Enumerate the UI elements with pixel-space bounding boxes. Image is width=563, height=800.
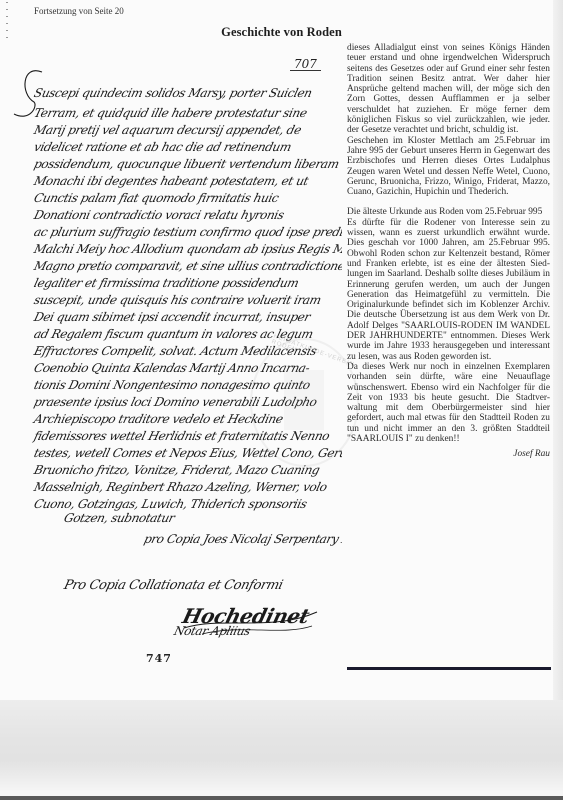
manuscript-line: Terram, et quidquid ille habere protesta… xyxy=(32,106,308,122)
manuscript-line: Marij pretij vel aquarum decursij append… xyxy=(32,123,303,139)
column-end-rule xyxy=(347,667,551,670)
manuscript-line: Masselnigh, Reginbert Rhazo Azeling, Wer… xyxy=(32,480,328,496)
manuscript-line: videlicet ratione et ab hac die ad retin… xyxy=(32,140,293,156)
manuscript-line: suscepit, unde quisquis his contraire vo… xyxy=(32,293,323,309)
manuscript-line: Malchi Meiy hoc Allodium quondam ab ipsi… xyxy=(32,242,342,258)
article-paragraph: dieses Alladialgut einst von seines Köni… xyxy=(347,43,550,136)
scanned-page: Fortsetzung von Seite 20 Geschichte von … xyxy=(0,0,563,701)
manuscript-page-number: 747 xyxy=(146,652,172,665)
article-paragraph: Es dürfte für die Rodener von Interesse … xyxy=(347,218,550,362)
manuscript-line: Gotzen, subnotatur xyxy=(62,511,176,527)
manuscript-line: Bruonicho fritzo, Vonitze, Friderat, Maz… xyxy=(32,463,321,479)
archive-stamp: HEIMATKUNDE-VEREIN RODEN xyxy=(250,338,359,467)
manuscript-line: legaliter et firmissima traditione possi… xyxy=(32,276,300,292)
manuscript-line: pro Copia Joes Nicolaj Serpentary Notari… xyxy=(142,532,342,548)
manuscript-line: Cunctis palam fiat quomodo firmitatis hu… xyxy=(32,191,280,207)
stamp-text: HEIMATKUNDE-VEREIN RODEN xyxy=(271,333,357,374)
manuscript-line: Magno pretio comparavit, et sine ullius … xyxy=(32,259,342,275)
article-paragraph: Geschehen im Kloster Mettlach am 25.Febr… xyxy=(347,136,550,198)
manuscript-line: Pro Copia Collationata et Conformi xyxy=(62,578,284,594)
initial-flourish-icon xyxy=(12,64,52,124)
scanner-edge xyxy=(0,796,563,800)
paper-curl-shadow xyxy=(0,760,563,800)
manuscript-line: Donationi contradictio voraci relatu hyr… xyxy=(32,208,285,224)
manuscript-line: Dei quam sibimet ipsi accendit incurrat,… xyxy=(32,310,312,326)
folio-number: 707 xyxy=(290,58,321,71)
manuscript-line: ac plurium suffragio testium confirmo qu… xyxy=(32,225,342,241)
author-byline: Josef Rau xyxy=(347,449,550,459)
manuscript-line: possidendum, quocunque libuerit vertendu… xyxy=(32,157,341,173)
page-edge xyxy=(553,0,563,700)
stamp-emblem xyxy=(284,370,324,430)
continued-from-label: Fortsetzung von Seite 20 xyxy=(34,6,124,16)
manuscript-line: Monachi ibi degentes habeant potestatem,… xyxy=(32,174,310,190)
signature-flourish-icon xyxy=(182,606,322,636)
page-title: Geschichte von Roden xyxy=(0,25,563,40)
article-subheading: Die älteste Urkunde aus Roden vom 25.Feb… xyxy=(347,207,550,217)
article-column: dieses Alladialgut einst von seines Köni… xyxy=(347,43,550,460)
article-paragraph: Da dieses Werk nur noch in einzelnen Exe… xyxy=(347,362,550,444)
manuscript-line: Archiepiscopo traditore vedelo et Heckdi… xyxy=(32,412,284,428)
manuscript-line: Suscepi quindecim solidos Marsy, porter … xyxy=(32,86,313,102)
scanner-background xyxy=(0,700,563,800)
